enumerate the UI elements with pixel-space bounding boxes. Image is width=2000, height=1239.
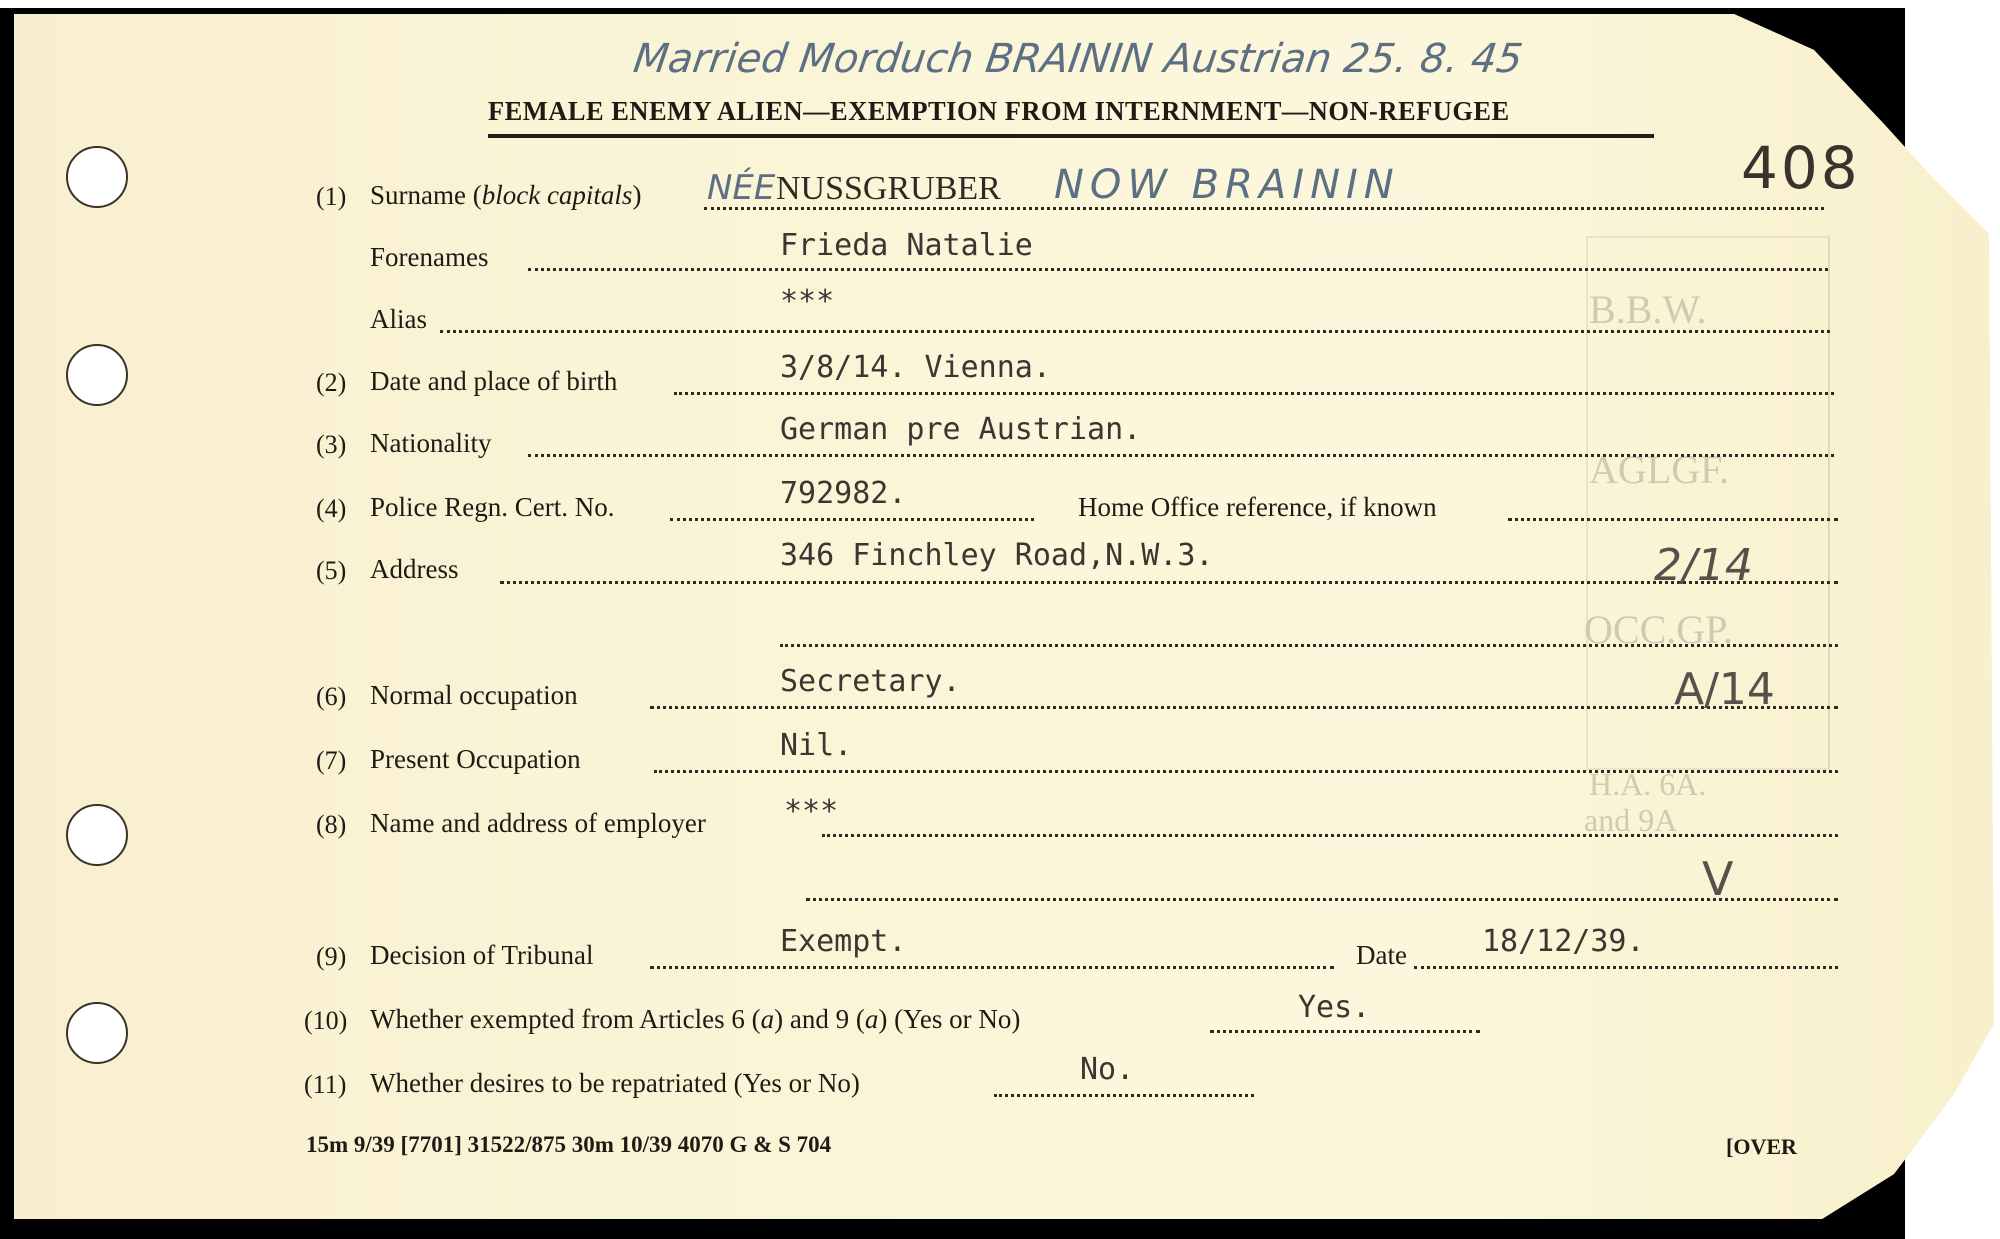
normal-occupation-dotted-line: [650, 706, 1838, 709]
forenames-dotted-line: [528, 268, 1828, 271]
field-9-number: (9): [316, 942, 346, 972]
field-5-number: (5): [316, 556, 346, 586]
alias-value: ***: [780, 284, 834, 319]
surname-label-text: Surname (: [370, 180, 482, 210]
field-11-number: (11): [304, 1070, 346, 1100]
articles-dotted-line: [1210, 1030, 1480, 1033]
repatriated-dotted-line: [994, 1094, 1254, 1097]
field-repatriated-label: Whether desires to be repatriated (Yes o…: [370, 1068, 860, 1099]
police-dotted-line: [670, 518, 1034, 521]
articles-label-mid: ) and 9 (: [774, 1004, 865, 1034]
form-title: FEMALE ENEMY ALIEN—EXEMPTION FROM INTERN…: [488, 96, 1510, 127]
nationality-value: German pre Austrian.: [780, 412, 1141, 447]
field-surname-label: Surname (block capitals): [370, 180, 641, 211]
footer-print-code: 15m 9/39 [7701] 31522/875 30m 10/39 4070…: [306, 1132, 831, 1158]
surname-now-handwritten: NOW BRAININ: [1054, 162, 1400, 208]
field-7-number: (7): [316, 746, 346, 776]
surname-value: NUSSGRUBER: [776, 170, 1001, 208]
articles-a1: a: [761, 1004, 775, 1034]
home-office-dotted-line: [1508, 518, 1838, 521]
punch-hole-3: [66, 804, 128, 866]
surname-nee-handwritten: NÉE: [707, 168, 775, 208]
field-normal-occupation-label: Normal occupation: [370, 680, 578, 711]
repatriated-value: No.: [1080, 1052, 1134, 1087]
articles-a2: a: [865, 1004, 879, 1034]
footer-over: [OVER: [1726, 1134, 1797, 1160]
tribunal-value: Exempt.: [780, 924, 906, 959]
address-value: 346 Finchley Road,N.W.3.: [780, 538, 1213, 573]
employer-dotted-line-2: [806, 898, 1838, 901]
birth-dotted-line: [674, 392, 1834, 395]
field-3-number: (3): [316, 430, 346, 460]
field-birth-label: Date and place of birth: [370, 366, 617, 397]
field-4-number: (4): [316, 494, 346, 524]
present-occupation-dotted-line: [654, 770, 1838, 773]
tribunal-dotted-line: [650, 966, 1334, 969]
surname-label-close: ): [632, 180, 641, 210]
alias-dotted-line: [440, 330, 1830, 333]
employer-value: ***: [784, 794, 838, 829]
field-nationality-label: Nationality: [370, 428, 491, 459]
field-alias-label: Alias: [370, 304, 427, 335]
field-2-number: (2): [316, 368, 346, 398]
title-underline: [488, 134, 1654, 138]
field-address-label: Address: [370, 554, 459, 585]
articles-label-text: Whether exempted from Articles 6 (: [370, 1004, 761, 1034]
field-police-label: Police Regn. Cert. No.: [370, 492, 614, 523]
date-value: 18/12/39.: [1482, 924, 1645, 959]
field-6-number: (6): [316, 682, 346, 712]
punch-hole-4: [66, 1002, 128, 1064]
serial-number: 408: [1741, 134, 1861, 202]
field-employer-label: Name and address of employer: [370, 808, 706, 839]
pencil-mark-a-14: A/14: [1674, 664, 1775, 715]
pencil-mark-2-14: 2/14: [1654, 540, 1753, 591]
index-card: Married Morduch BRAININ Austrian 25. 8. …: [14, 14, 1998, 1228]
police-value: 792982.: [780, 476, 906, 511]
field-date-label: Date: [1356, 940, 1407, 971]
field-home-office-label: Home Office reference, if known: [1078, 492, 1437, 523]
field-present-occupation-label: Present Occupation: [370, 744, 581, 775]
field-forenames-label: Forenames: [370, 242, 488, 273]
nationality-dotted-line: [528, 454, 1834, 457]
field-10-number: (10): [304, 1006, 347, 1036]
handwritten-annotation-top: Married Morduch BRAININ Austrian 25. 8. …: [631, 36, 1526, 82]
forenames-value: Frieda Natalie: [780, 228, 1033, 263]
normal-occupation-value: Secretary.: [780, 664, 961, 699]
surname-dotted-line: [704, 207, 1824, 210]
pencil-mark-check: V: [1702, 852, 1733, 906]
employer-dotted-line-1: [822, 834, 1838, 837]
date-dotted-line: [1414, 966, 1838, 969]
field-articles-label: Whether exempted from Articles 6 (a) and…: [370, 1004, 1020, 1035]
birth-value: 3/8/14. Vienna.: [780, 350, 1051, 385]
punch-hole-1: [66, 146, 128, 208]
address-dotted-line-2: [780, 644, 1838, 647]
articles-label-end: ) (Yes or No): [878, 1004, 1020, 1034]
address-dotted-line-1: [500, 581, 1838, 584]
punch-hole-2: [66, 344, 128, 406]
field-tribunal-label: Decision of Tribunal: [370, 940, 594, 971]
field-1-number: (1): [316, 182, 346, 212]
surname-label-italic: block capitals: [482, 180, 633, 210]
articles-value: Yes.: [1298, 990, 1370, 1025]
present-occupation-value: Nil.: [780, 728, 852, 763]
faint-stamp-bbw: B.B.W.: [1589, 286, 1706, 333]
field-8-number: (8): [316, 810, 346, 840]
